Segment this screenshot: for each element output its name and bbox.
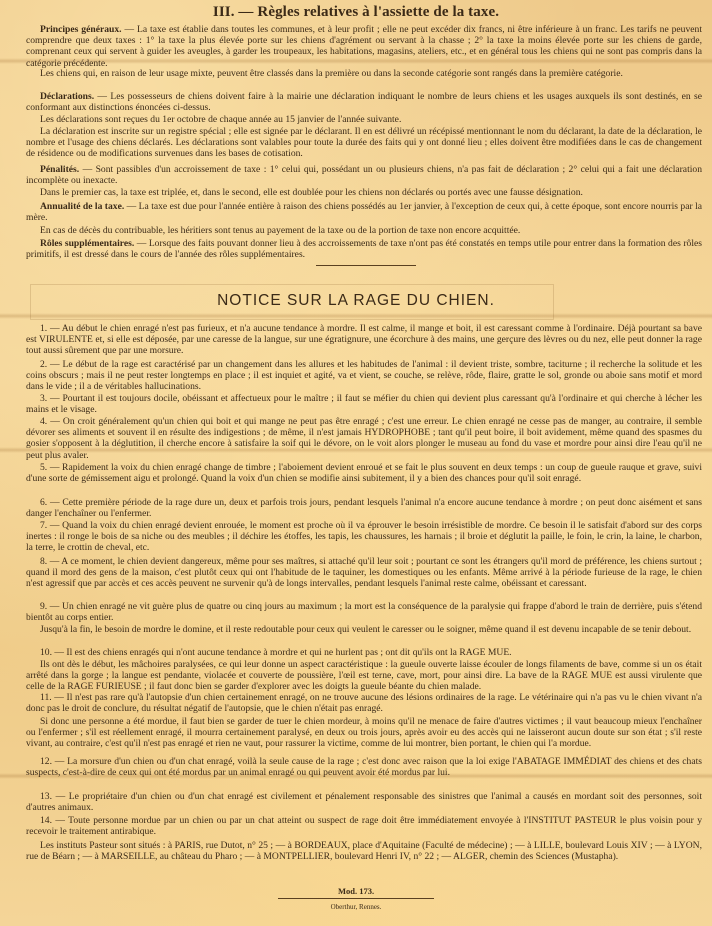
notice-item-6: 6. — Cette première période de la rage d… xyxy=(26,497,702,519)
notice-item-5: 5. — Rapidement la voix du chien enragé … xyxy=(26,462,702,484)
notice-item-2: 2. — Le début de la rage est caractérisé… xyxy=(26,359,702,393)
footer-rule xyxy=(278,898,434,899)
notice-item-3: 3. — Pourtant il est toujours docile, ob… xyxy=(26,393,702,415)
rule-classement: Les chiens qui, en raison de leur usage … xyxy=(26,68,702,79)
rule-penalites-detail: Dans le premier cas, la taxe est triplée… xyxy=(26,187,702,198)
notice-item-13: 13. — Le propriétaire d'un chien ou d'un… xyxy=(26,791,702,813)
notice-item-1: 1. — Au début le chien enragé n'est pas … xyxy=(26,323,702,357)
notice-item-9-cont: Jusqu'à la fin, le besoin de mordre le d… xyxy=(26,624,702,635)
notice-item-10: 10. — Il est des chiens enragés qui n'on… xyxy=(26,647,702,658)
notice-item-12: 12. — La morsure d'un chien ou d'un chat… xyxy=(26,756,702,778)
notice-item-14: 14. — Toute personne mordue par un chien… xyxy=(26,815,702,837)
model-number: Mod. 173. xyxy=(0,886,712,896)
printer-name: Oberthur, Rennes. xyxy=(0,903,712,911)
rule-annualite: Annualité de la taxe. — La taxe est due … xyxy=(26,201,702,223)
notice-item-4: 4. — On croit généralement qu'un chien q… xyxy=(26,416,702,461)
notice-item-8: 8. — A ce moment, le chien devient dange… xyxy=(26,556,702,590)
notice-item-9: 9. — Un chien enragé ne vit guère plus d… xyxy=(26,601,702,623)
notice-item-11-cont: Si donc une personne a été mordue, il fa… xyxy=(26,716,702,750)
rule-deces: En cas de décès du contribuable, les hér… xyxy=(26,225,702,236)
rule-penalites: Pénalités. — Sont passibles d'un accrois… xyxy=(26,164,702,186)
notice-item-11: 11. — Il n'est pas rare qu'à l'autopsie … xyxy=(26,692,702,714)
notice-item-10-cont: Ils ont dès le début, les mâchoires para… xyxy=(26,659,702,693)
rule-declarations: Déclarations. — Les possesseurs de chien… xyxy=(26,91,702,113)
rule-declarations-dates: Les déclarations sont reçues du 1er octo… xyxy=(26,114,702,125)
separator-rule xyxy=(316,265,416,266)
rule-roles: Rôles supplémentaires. — Lorsque des fai… xyxy=(26,238,702,260)
notice-item-7: 7. — Quand la voix du chien enragé devie… xyxy=(26,520,702,554)
notice-title: NOTICE SUR LA RAGE DU CHIEN. xyxy=(0,292,712,310)
pasteur-institutes: Les instituts Pasteur sont situés : à PA… xyxy=(26,840,702,862)
rule-principes: Principes généraux. — La taxe est établi… xyxy=(26,24,702,69)
rule-declarations-registre: La déclaration est inscrite sur un regis… xyxy=(26,126,702,160)
section-title: III. — Règles relatives à l'assiette de … xyxy=(0,4,712,21)
